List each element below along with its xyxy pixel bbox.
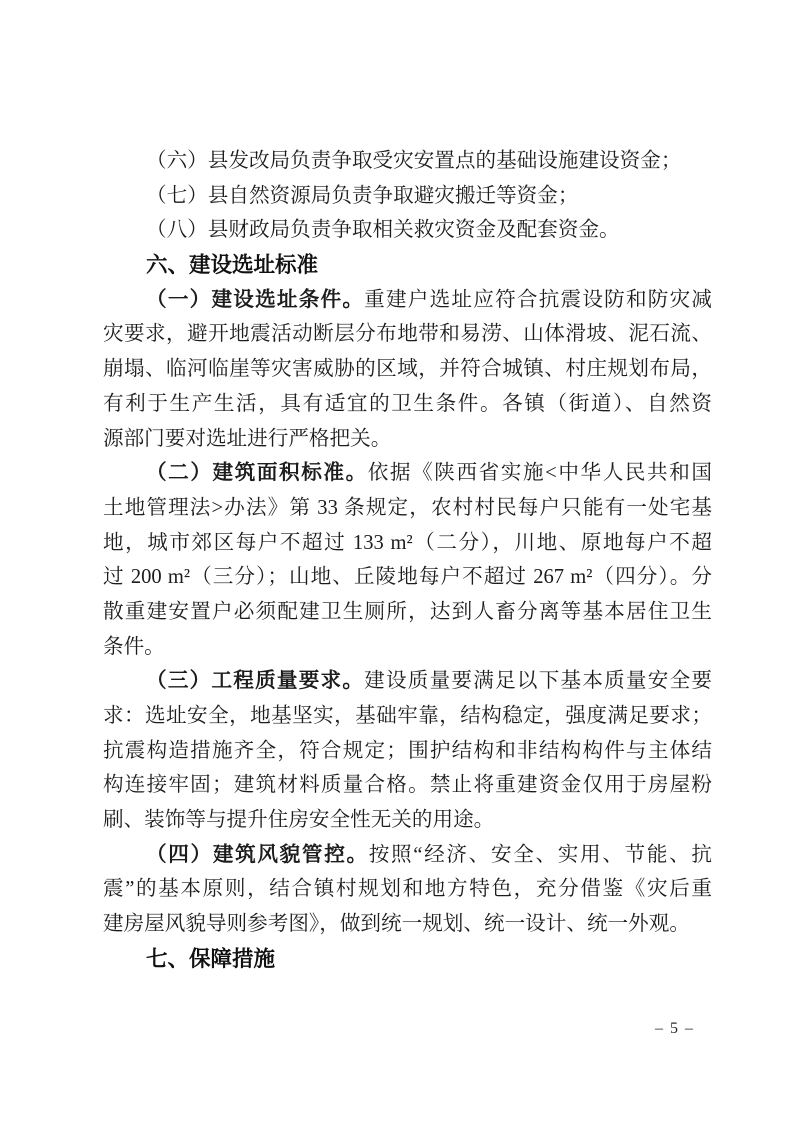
paragraph-line: 地，城市郊区每户不超过 133 m²（二分），川地、原地每户不超 (103, 526, 712, 561)
paragraph-line: 土地管理法>办法》第 33 条规定，农村村民每户只能有一处宅基 (103, 491, 712, 526)
list-item: （八）县财政局负责争取相关救灾资金及配套资金。 (103, 213, 712, 248)
paragraph-line: 构连接牢固；建筑材料质量合格。禁止将重建资金仅用于房屋粉 (103, 768, 712, 803)
page-number: – 5 – (655, 1020, 695, 1038)
paragraph-lead: （三）工程质量要求。 (146, 670, 364, 692)
list-item: （六）县发改局负责争取受灾安置点的基础设施建设资金； (103, 144, 712, 179)
paragraph-line: 求：选址安全，地基坚实，基础牢靠，结构稳定，强度满足要求； (103, 699, 712, 734)
paragraph-lead: （四）建筑风貌管控。 (146, 844, 369, 866)
paragraph-first-line: （二）建筑面积标准。依据《陕西省实施<中华人民共和国 (103, 456, 712, 491)
paragraph-line: 散重建安置户必须配建卫生厕所，达到人畜分离等基本居住卫生 (103, 595, 712, 630)
paragraph-line: 过 200 m²（三分）；山地、丘陵地每户不超过 267 m²（四分）。分 (103, 560, 712, 595)
section-heading: 六、建设选址标准 (103, 248, 712, 283)
paragraph-lead: （二）建筑面积标准。 (146, 462, 368, 484)
paragraph-line: 震”的基本原则，结合镇村规划和地方特色，充分借鉴《灾后重 (103, 872, 712, 907)
paragraph-line: 灾要求，避开地震活动断层分布地带和易涝、山体滑坡、泥石流、 (103, 317, 712, 352)
paragraph-first-line: （四）建筑风貌管控。按照“经济、安全、实用、节能、抗 (103, 838, 712, 873)
paragraph-line: 建房屋风貌导则参考图》，做到统一规划、统一设计、统一外观。 (103, 907, 712, 942)
paragraph-line: 源部门要对选址进行严格把关。 (103, 422, 712, 457)
section-heading: 七、保障措施 (103, 942, 712, 977)
paragraph-first-line: （一）建设选址条件。重建户选址应符合抗震设防和防灾减 (103, 283, 712, 318)
paragraph-line: 抗震构造措施齐全，符合规定；围护结构和非结构构件与主体结 (103, 734, 712, 769)
paragraph-first-line: （三）工程质量要求。建设质量要满足以下基本质量安全要 (103, 664, 712, 699)
document-blocks: （六）县发改局负责争取受灾安置点的基础设施建设资金；（七）县自然资源局负责争取避… (103, 144, 712, 977)
paragraph-line: 崩塌、临河临崖等灾害威胁的区域，并符合城镇、村庄规划布局， (103, 352, 712, 387)
document-page: （六）县发改局负责争取受灾安置点的基础设施建设资金；（七）县自然资源局负责争取避… (0, 0, 793, 1122)
list-item: （七）县自然资源局负责争取避灾搬迁等资金； (103, 179, 712, 214)
paragraph-line: 有利于生产生活，具有适宜的卫生条件。各镇（街道）、自然资 (103, 387, 712, 422)
paragraph-line: 刷、装饰等与提升住房安全性无关的用途。 (103, 803, 712, 838)
paragraph-line: 条件。 (103, 630, 712, 665)
paragraph-lead: （一）建设选址条件。 (146, 289, 364, 311)
